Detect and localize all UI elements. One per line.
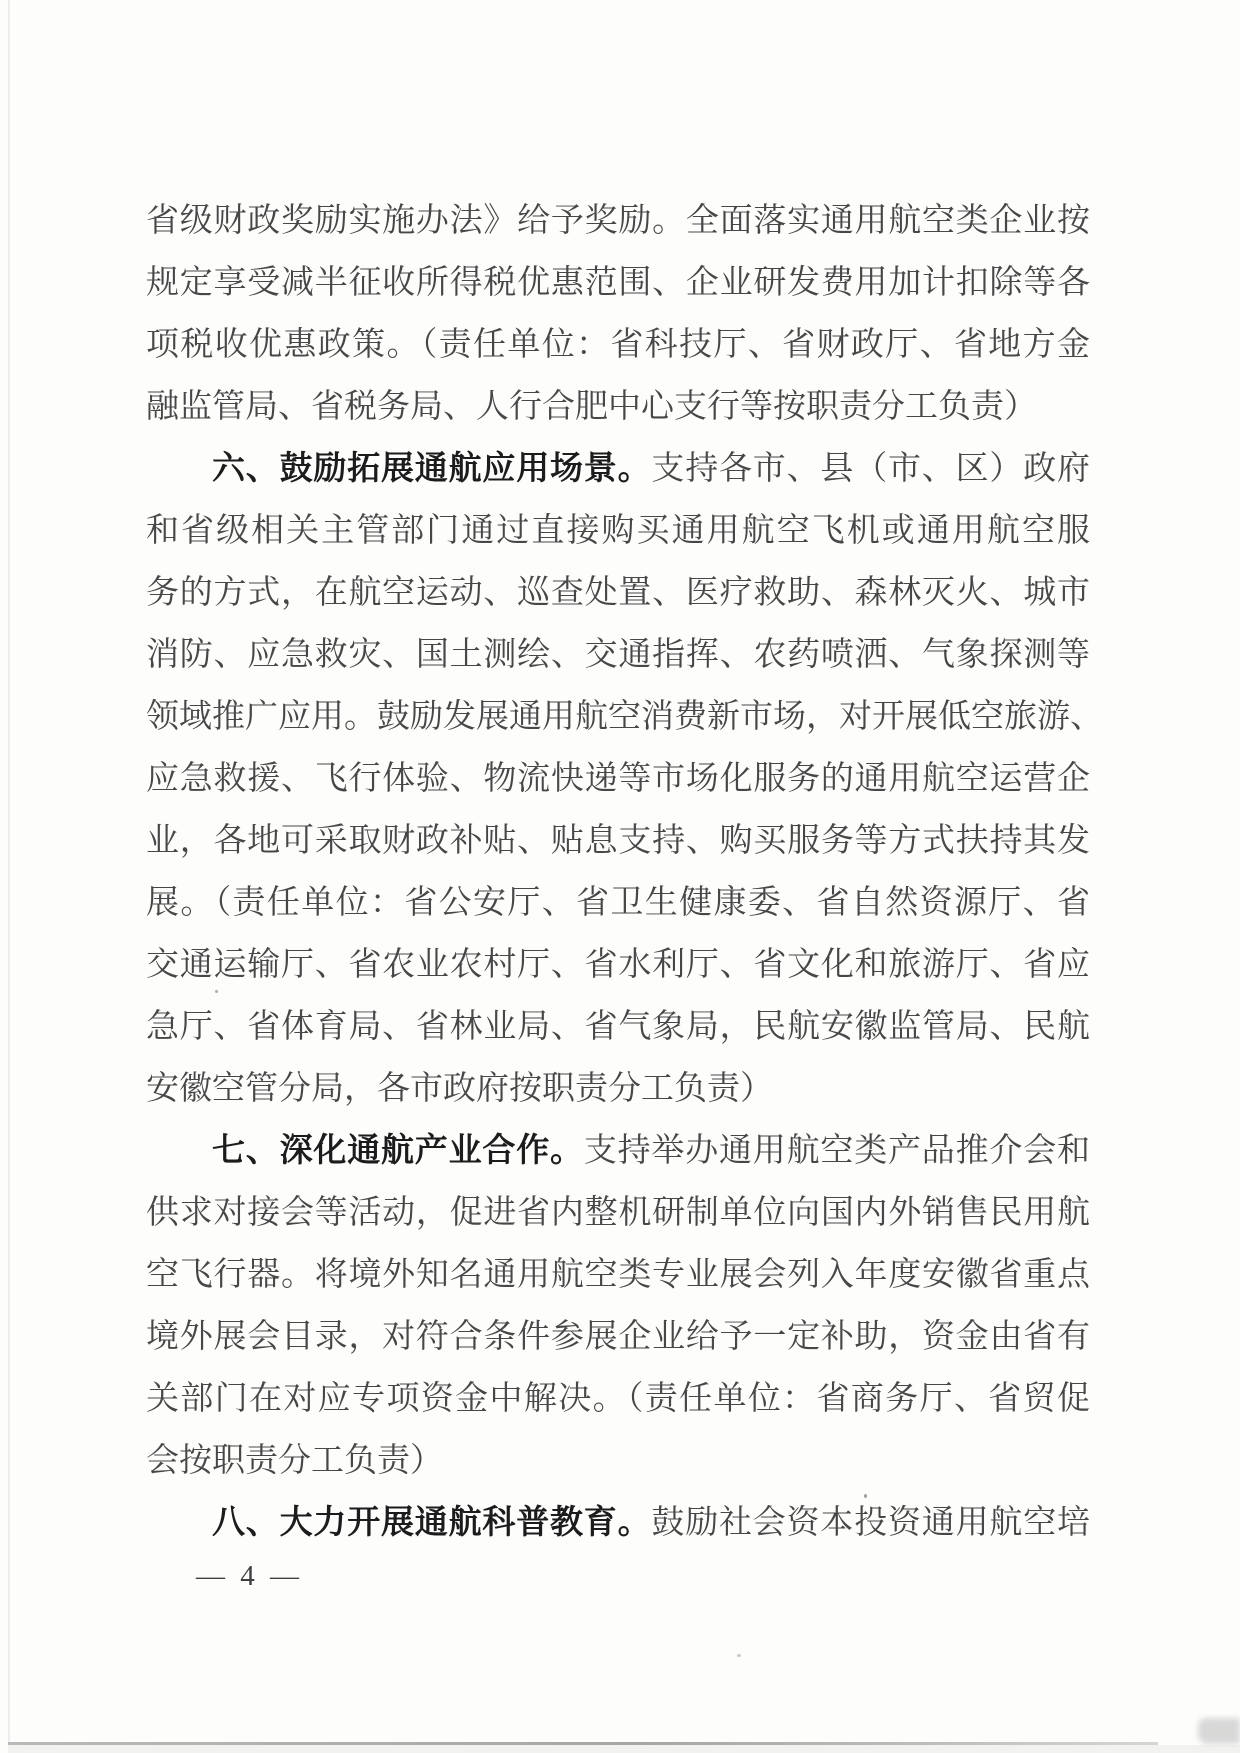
text-line: 务的方式，在航空运动、巡查处置、医疗救助、森林灭火、城市 bbox=[146, 562, 1090, 624]
text-line: 省级财政奖励实施办法》给予奖励。全面落实通用航空类企业按 bbox=[146, 190, 1090, 252]
document-page: 省级财政奖励实施办法》给予奖励。全面落实通用航空类企业按规定享受减半征收所得税优… bbox=[0, 0, 1240, 1753]
section-heading: 八、大力开展通航科普教育。 bbox=[212, 1505, 651, 1541]
line-text: 会按职责分工负责） bbox=[146, 1443, 443, 1479]
line-text: 消防、应急救灾、国土测绘、交通指挥、农药喷洒、气象探测等 bbox=[146, 637, 1090, 673]
text-line: 七、深化通航产业合作。支持举办通用航空类产品推介会和 bbox=[146, 1120, 1090, 1182]
line-text: 应急救援、飞行体验、物流快递等市场化服务的通用航空运营企 bbox=[146, 761, 1090, 797]
paragraph-section-6: 六、鼓励拓展通航应用场景。支持各市、县（市、区）政府和省级相关主管部门通过直接购… bbox=[146, 438, 1090, 1120]
line-text: 省级财政奖励实施办法》给予奖励。全面落实通用航空类企业按 bbox=[146, 203, 1090, 239]
text-line: 八、大力开展通航科普教育。鼓励社会资本投资通用航空培 bbox=[146, 1492, 1090, 1554]
paragraph-section-8: 八、大力开展通航科普教育。鼓励社会资本投资通用航空培 bbox=[146, 1492, 1090, 1554]
line-text: 鼓励社会资本投资通用航空培 bbox=[651, 1505, 1090, 1541]
scan-speck bbox=[864, 1494, 867, 1498]
scan-edge-bottom-fade bbox=[8, 1745, 1240, 1753]
text-line: 应急救援、飞行体验、物流快递等市场化服务的通用航空运营企 bbox=[146, 748, 1090, 810]
text-line: 规定享受减半征收所得税优惠范围、企业研发费用加计扣除等各 bbox=[146, 252, 1090, 314]
scan-speck bbox=[215, 990, 218, 993]
paragraph-continuation: 省级财政奖励实施办法》给予奖励。全面落实通用航空类企业按规定享受减半征收所得税优… bbox=[146, 190, 1090, 438]
line-text: 支持各市、县（市、区）政府 bbox=[651, 451, 1090, 487]
page-number: — 4 — bbox=[196, 1560, 300, 1592]
text-line: 业，各地可采取财政补贴、贴息支持、购买服务等方式扶持其发 bbox=[146, 810, 1090, 872]
text-line: 供求对接会等活动，促进省内整机研制单位向国内外销售民用航 bbox=[146, 1182, 1090, 1244]
scan-edge-bottom bbox=[8, 1742, 1158, 1745]
text-line: 领域推广应用。鼓励发展通用航空消费新市场，对开展低空旅游、 bbox=[146, 686, 1090, 748]
text-line: 项税收优惠政策。（责任单位：省科技厅、省财政厅、省地方金 bbox=[146, 314, 1090, 376]
line-text: 规定享受减半征收所得税优惠范围、企业研发费用加计扣除等各 bbox=[146, 265, 1090, 301]
line-text: 空飞行器。将境外知名通用航空类专业展会列入年度安徽省重点 bbox=[146, 1257, 1090, 1293]
line-text: 急厅、省体育局、省林业局、省气象局，民航安徽监管局、民航 bbox=[146, 1009, 1090, 1045]
line-text: 支持举办通用航空类产品推介会和 bbox=[584, 1133, 1090, 1169]
text-line: 交通运输厅、省农业农村厅、省水利厅、省文化和旅游厅、省应 bbox=[146, 934, 1090, 996]
page-footer: — 4 — bbox=[196, 1556, 300, 1596]
text-line: 安徽空管分局，各市政府按职责分工负责） bbox=[146, 1058, 1090, 1120]
text-line: 境外展会目录，对符合条件参展企业给予一定补助，资金由省有 bbox=[146, 1306, 1090, 1368]
line-text: 领域推广应用。鼓励发展通用航空消费新市场，对开展低空旅游、 bbox=[146, 699, 1103, 735]
document-body: 省级财政奖励实施办法》给予奖励。全面落实通用航空类企业按规定享受减半征收所得税优… bbox=[146, 190, 1090, 1554]
line-text: 展。（责任单位：省公安厅、省卫生健康委、省自然资源厅、省 bbox=[146, 885, 1090, 921]
text-line: 六、鼓励拓展通航应用场景。支持各市、县（市、区）政府 bbox=[146, 438, 1090, 500]
paragraph-section-7: 七、深化通航产业合作。支持举办通用航空类产品推介会和供求对接会等活动，促进省内整… bbox=[146, 1120, 1090, 1492]
line-text: 交通运输厅、省农业农村厅、省水利厅、省文化和旅游厅、省应 bbox=[146, 947, 1090, 983]
text-line: 空飞行器。将境外知名通用航空类专业展会列入年度安徽省重点 bbox=[146, 1244, 1090, 1306]
line-text: 供求对接会等活动，促进省内整机研制单位向国内外销售民用航 bbox=[146, 1195, 1090, 1231]
scan-edge-left bbox=[8, 0, 10, 1753]
line-text: 项税收优惠政策。（责任单位：省科技厅、省财政厅、省地方金 bbox=[146, 327, 1090, 363]
section-heading: 七、深化通航产业合作。 bbox=[212, 1133, 584, 1169]
text-line: 融监管局、省税务局、人行合肥中心支行等按职责分工负责） bbox=[146, 376, 1090, 438]
scan-speck bbox=[737, 1654, 741, 1657]
text-line: 会按职责分工负责） bbox=[146, 1430, 1090, 1492]
line-text: 和省级相关主管部门通过直接购买通用航空飞机或通用航空服 bbox=[146, 513, 1090, 549]
scan-corner-smudge bbox=[1198, 1718, 1240, 1744]
line-text: 关部门在对应专项资金中解决。（责任单位：省商务厅、省贸促 bbox=[146, 1381, 1090, 1417]
line-text: 务的方式，在航空运动、巡查处置、医疗救助、森林灭火、城市 bbox=[146, 575, 1090, 611]
line-text: 融监管局、省税务局、人行合肥中心支行等按职责分工负责） bbox=[146, 389, 1037, 425]
line-text: 安徽空管分局，各市政府按职责分工负责） bbox=[146, 1071, 773, 1107]
text-line: 展。（责任单位：省公安厅、省卫生健康委、省自然资源厅、省 bbox=[146, 872, 1090, 934]
line-text: 业，各地可采取财政补贴、贴息支持、购买服务等方式扶持其发 bbox=[146, 823, 1090, 859]
line-text: 境外展会目录，对符合条件参展企业给予一定补助，资金由省有 bbox=[146, 1319, 1090, 1355]
text-line: 消防、应急救灾、国土测绘、交通指挥、农药喷洒、气象探测等 bbox=[146, 624, 1090, 686]
section-heading: 六、鼓励拓展通航应用场景。 bbox=[212, 451, 651, 487]
text-line: 急厅、省体育局、省林业局、省气象局，民航安徽监管局、民航 bbox=[146, 996, 1090, 1058]
text-line: 和省级相关主管部门通过直接购买通用航空飞机或通用航空服 bbox=[146, 500, 1090, 562]
text-line: 关部门在对应专项资金中解决。（责任单位：省商务厅、省贸促 bbox=[146, 1368, 1090, 1430]
